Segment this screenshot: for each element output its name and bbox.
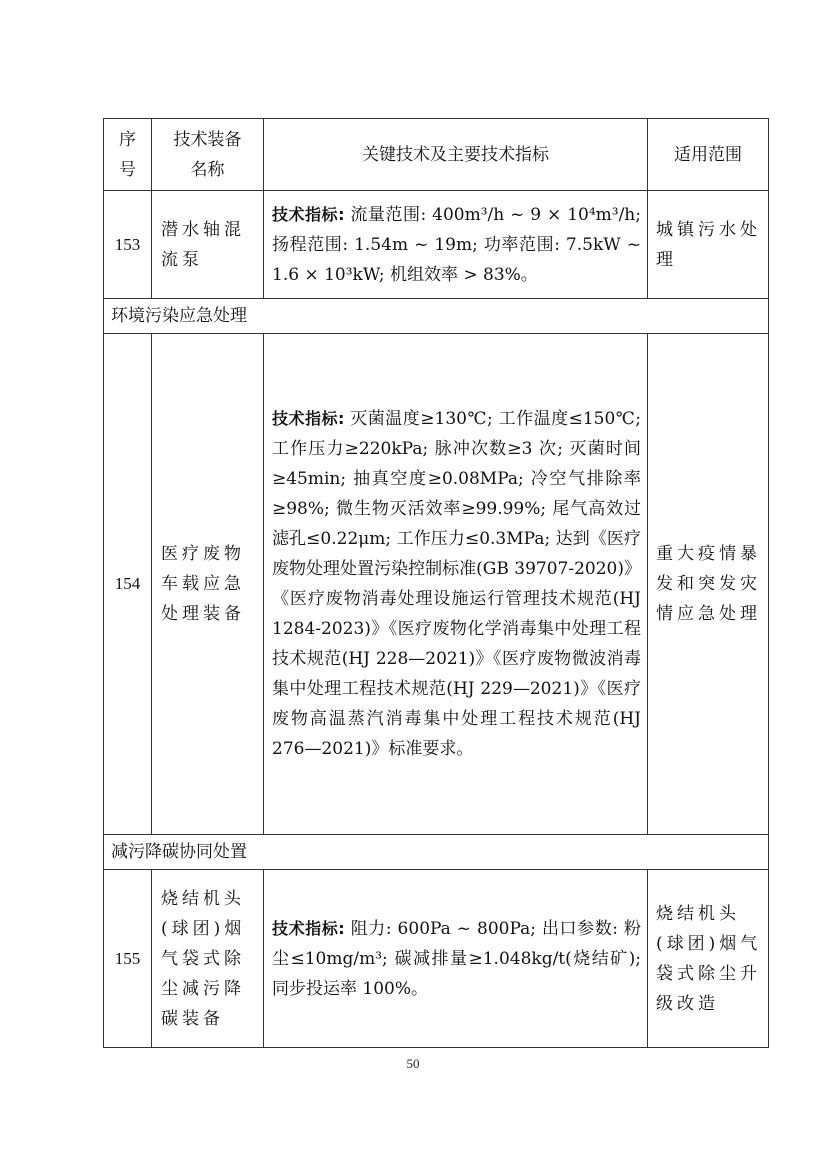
row-key-tech: 技术指标: 流量范围: 400m³/h ~ 9 × 10⁴m³/h; 扬程范围:… [264, 191, 648, 299]
section-title: 减污降碳协同处置 [104, 835, 769, 870]
row-scope: 城镇污水处理 [648, 191, 769, 299]
row-equipment-name: 医疗废物车载应急处理装备 [152, 334, 264, 835]
row-scope: 重大疫情暴发和突发灾情应急处理 [648, 334, 769, 835]
table-row-153: 153 潜水轴混流泵 技术指标: 流量范围: 400m³/h ~ 9 × 10⁴… [104, 191, 769, 299]
row-seq: 153 [104, 191, 152, 299]
table-header-row: 序号 技术装备名称 关键技术及主要技术指标 适用范围 [104, 119, 769, 191]
header-seq: 序号 [104, 119, 152, 191]
document-page: 序号 技术装备名称 关键技术及主要技术指标 适用范围 153 潜水轴混流泵 技术… [0, 0, 826, 1169]
section-row: 减污降碳协同处置 [104, 835, 769, 870]
row-equipment-name: 潜水轴混流泵 [152, 191, 264, 299]
section-row: 环境污染应急处理 [104, 299, 769, 334]
indicator-label: 技术指标: [272, 409, 344, 428]
equipment-table: 序号 技术装备名称 关键技术及主要技术指标 适用范围 153 潜水轴混流泵 技术… [103, 118, 769, 1048]
header-key-tech: 关键技术及主要技术指标 [264, 119, 648, 191]
row-seq: 154 [104, 334, 152, 835]
row-key-tech: 技术指标: 阻力: 600Pa ~ 800Pa; 出口参数: 粉尘≤10mg/m… [264, 870, 648, 1048]
table-row-154: 154 医疗废物车载应急处理装备 技术指标: 灭菌温度≥130℃; 工作温度≤1… [104, 334, 769, 835]
row-scope: 烧结机头(球团)烟气袋式除尘升级改造 [648, 870, 769, 1048]
header-name: 技术装备名称 [152, 119, 264, 191]
indicator-text: 灭菌温度≥130℃; 工作温度≤150℃; 工作压力≥220kPa; 脉冲次数≥… [272, 409, 641, 759]
section-title: 环境污染应急处理 [104, 299, 769, 334]
row-key-tech: 技术指标: 灭菌温度≥130℃; 工作温度≤150℃; 工作压力≥220kPa;… [264, 334, 648, 835]
indicator-label: 技术指标: [272, 919, 345, 938]
header-scope: 适用范围 [648, 119, 769, 191]
page-number: 50 [0, 1056, 826, 1072]
table-row-155: 155 烧结机头(球团)烟气袋式除尘减污降碳装备 技术指标: 阻力: 600Pa… [104, 870, 769, 1048]
indicator-label: 技术指标: [272, 205, 344, 224]
row-seq: 155 [104, 870, 152, 1048]
row-equipment-name: 烧结机头(球团)烟气袋式除尘减污降碳装备 [152, 870, 264, 1048]
